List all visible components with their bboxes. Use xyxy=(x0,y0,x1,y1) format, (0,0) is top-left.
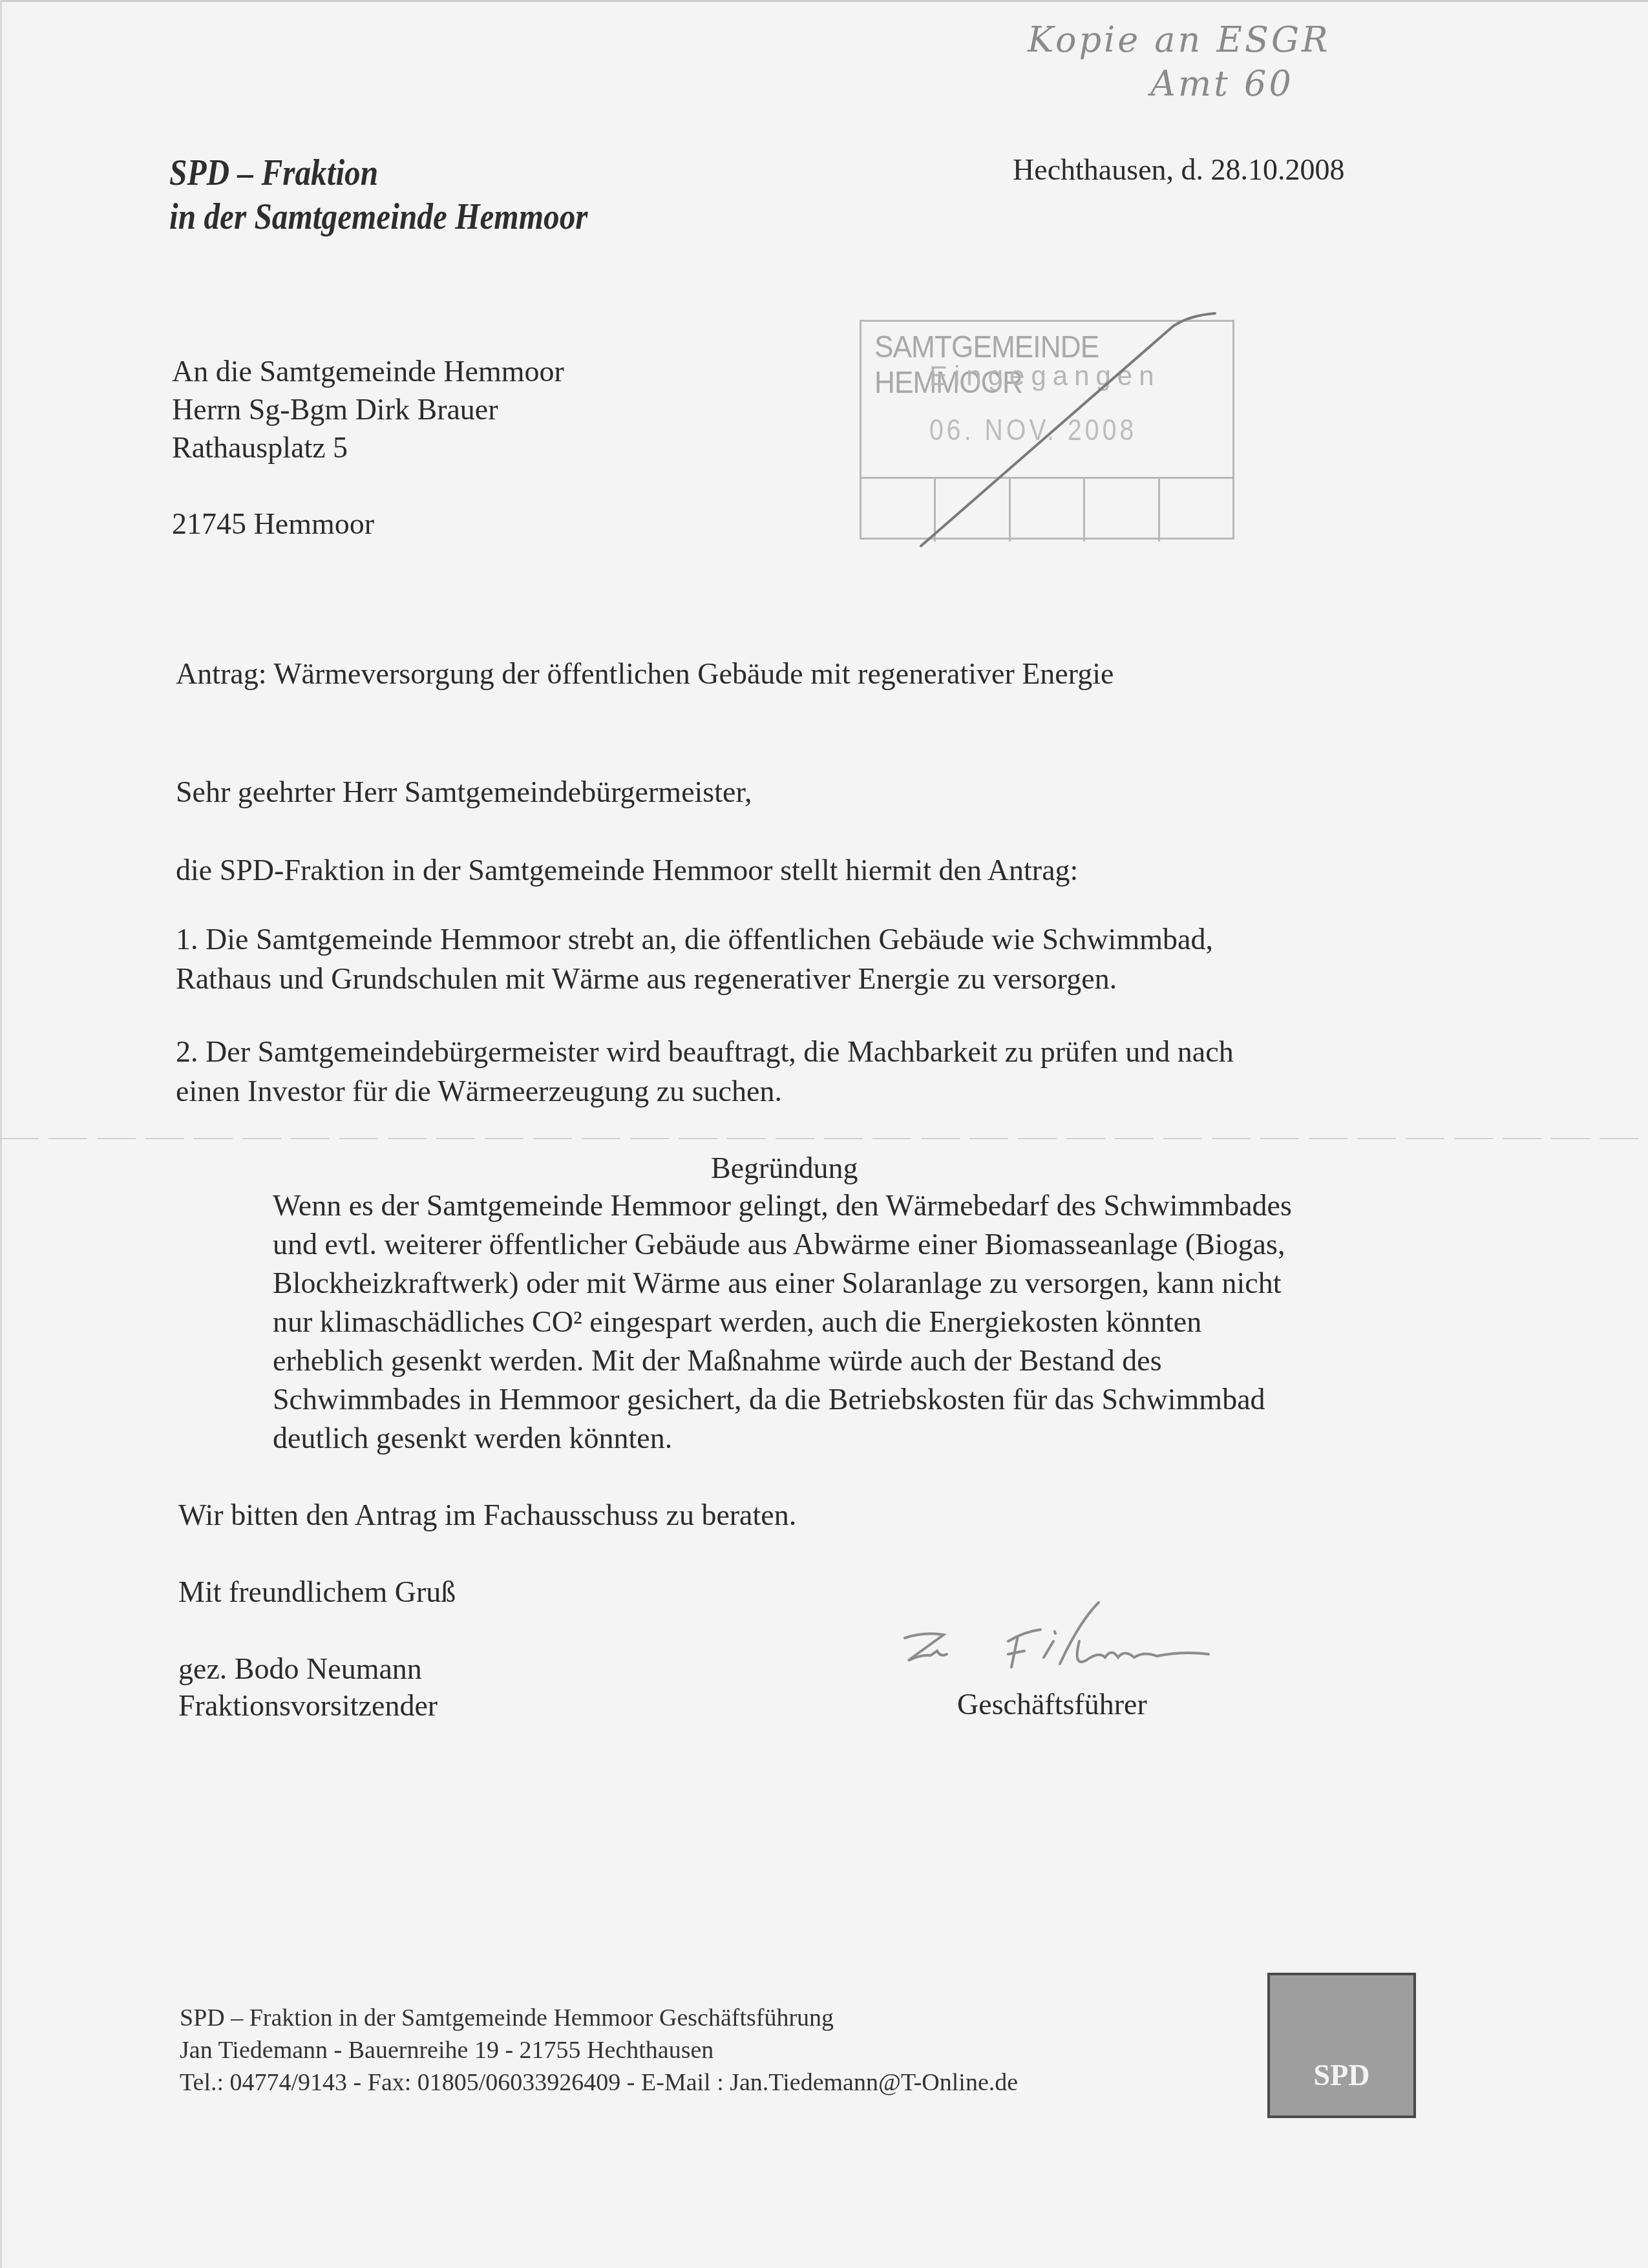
handwritten-note-line1: Kopie an ESGR xyxy=(1028,19,1331,60)
intro-text: die SPD-Fraktion in der Samtgemeinde Hem… xyxy=(176,851,1078,890)
signatory-left-role: Fraktionsvorsitzender xyxy=(178,1686,438,1725)
footer-line2: Jan Tiedemann - Bauernreihe 19 - 21755 H… xyxy=(180,2034,1018,2066)
justification-line: Blockheizkraftwerk) oder mit Wärme aus e… xyxy=(273,1264,1292,1303)
scan-edge-left xyxy=(0,0,2,2268)
stamp-pen-slash-icon xyxy=(918,310,1254,556)
request-item-1-line1: 1. Die Samtgemeinde Hemmoor strebt an, d… xyxy=(176,920,1213,959)
footer-line3: Tel.: 04774/9143 - Fax: 01805/0603392640… xyxy=(180,2066,1018,2099)
justification-heading: Begründung xyxy=(711,1149,858,1188)
request-item-2-line2: einen Investor für die Wärmeerzeugung zu… xyxy=(176,1072,782,1111)
request-item-2-line1: 2. Der Samtgemeindebürgermeister wird be… xyxy=(176,1033,1234,1071)
spd-logo-text: SPD xyxy=(1270,2058,1413,2092)
sender-line2: in der Samtgemeinde Hemmoor xyxy=(169,194,587,240)
closing: Mit freundlichem Gruß xyxy=(178,1573,456,1612)
justification-line: deutlich gesenkt werden könnten. xyxy=(273,1419,1292,1458)
signatory-right-role: Geschäftsführer xyxy=(957,1685,1147,1724)
footer-contact: SPD – Fraktion in der Samtgemeinde Hemmo… xyxy=(180,2002,1018,2099)
recipient-line3: Rathausplatz 5 xyxy=(172,428,348,467)
handwritten-signature-icon xyxy=(885,1596,1273,1686)
justification-line: Wenn es der Samtgemeinde Hemmoor gelingt… xyxy=(273,1186,1292,1225)
place-date: Hechthausen, d. 28.10.2008 xyxy=(1013,152,1345,187)
request-discussion: Wir bitten den Antrag im Fachausschuss z… xyxy=(178,1496,796,1535)
justification-line: erheblich gesenkt werden. Mit der Maßnah… xyxy=(273,1341,1292,1380)
signatory-left-name: gez. Bodo Neumann xyxy=(178,1650,422,1688)
footer-line1: SPD – Fraktion in der Samtgemeinde Hemmo… xyxy=(180,2002,1018,2034)
justification-line: Schwimmbades in Hemmoor gesichert, da di… xyxy=(273,1380,1292,1419)
spd-logo: SPD xyxy=(1267,1973,1416,2118)
scan-edge-top xyxy=(0,0,1648,2)
sender-line1: SPD – Fraktion xyxy=(169,150,378,196)
salutation: Sehr geehrter Herr Samtgemeindebürgermei… xyxy=(176,773,752,812)
subject-line: Antrag: Wärmeversorgung der öffentlichen… xyxy=(176,655,1114,693)
paper-fold-line xyxy=(0,1138,1648,1139)
recipient-line4: 21745 Hemmoor xyxy=(172,505,374,543)
recipient-line2: Herrn Sg-Bgm Dirk Brauer xyxy=(172,390,498,429)
justification-line: nur klimaschädliches CO² eingespart werd… xyxy=(273,1303,1292,1341)
request-item-1-line2: Rathaus und Grundschulen mit Wärme aus r… xyxy=(176,960,1117,998)
justification-text: Wenn es der Samtgemeinde Hemmoor gelingt… xyxy=(273,1186,1292,1458)
handwritten-note-line2: Amt 60 xyxy=(1150,63,1294,104)
justification-line: und evtl. weiterer öffentlicher Gebäude … xyxy=(273,1225,1292,1264)
recipient-line1: An die Samtgemeinde Hemmoor xyxy=(172,352,564,391)
